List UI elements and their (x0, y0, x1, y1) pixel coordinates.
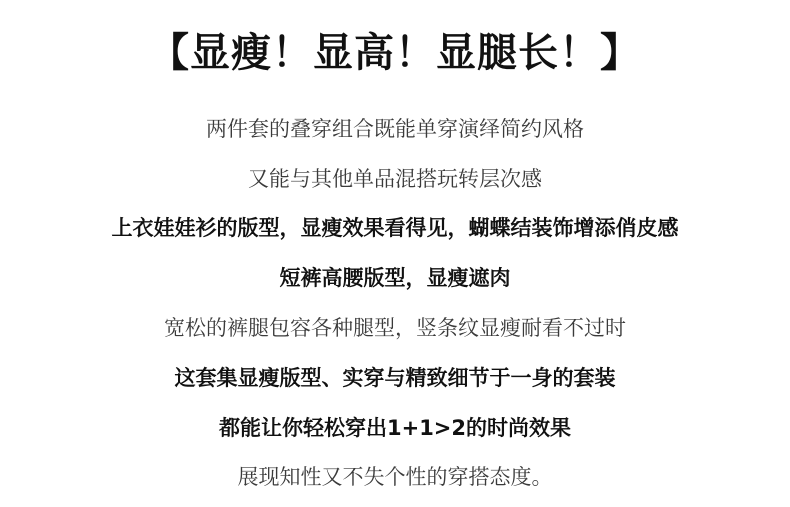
description-line-3: 上衣娃娃衫的版型，显瘦效果看得见，蝴蝶结装饰增添俏皮感 (0, 218, 790, 239)
description-line-7: 都能让你轻松穿出1+1>2的时尚效果 (0, 418, 790, 439)
description-line-1: 两件套的叠穿组合既能单穿演绎简约风格 (0, 119, 790, 140)
description-line-6: 这套集显瘦版型、实穿与精致细节于一身的套装 (0, 368, 790, 389)
description-line-5: 宽松的裤腿包容各种腿型，竖条纹显瘦耐看不过时 (0, 318, 790, 339)
headline: 【显瘦！显高！显腿长！】 (0, 33, 790, 73)
description-line-4: 短裤高腰版型，显瘦遮肉 (0, 268, 790, 289)
description-line-2: 又能与其他单品混搭玩转层次感 (0, 169, 790, 190)
description-line-8: 展现知性又不失个性的穿搭态度。 (0, 467, 790, 488)
